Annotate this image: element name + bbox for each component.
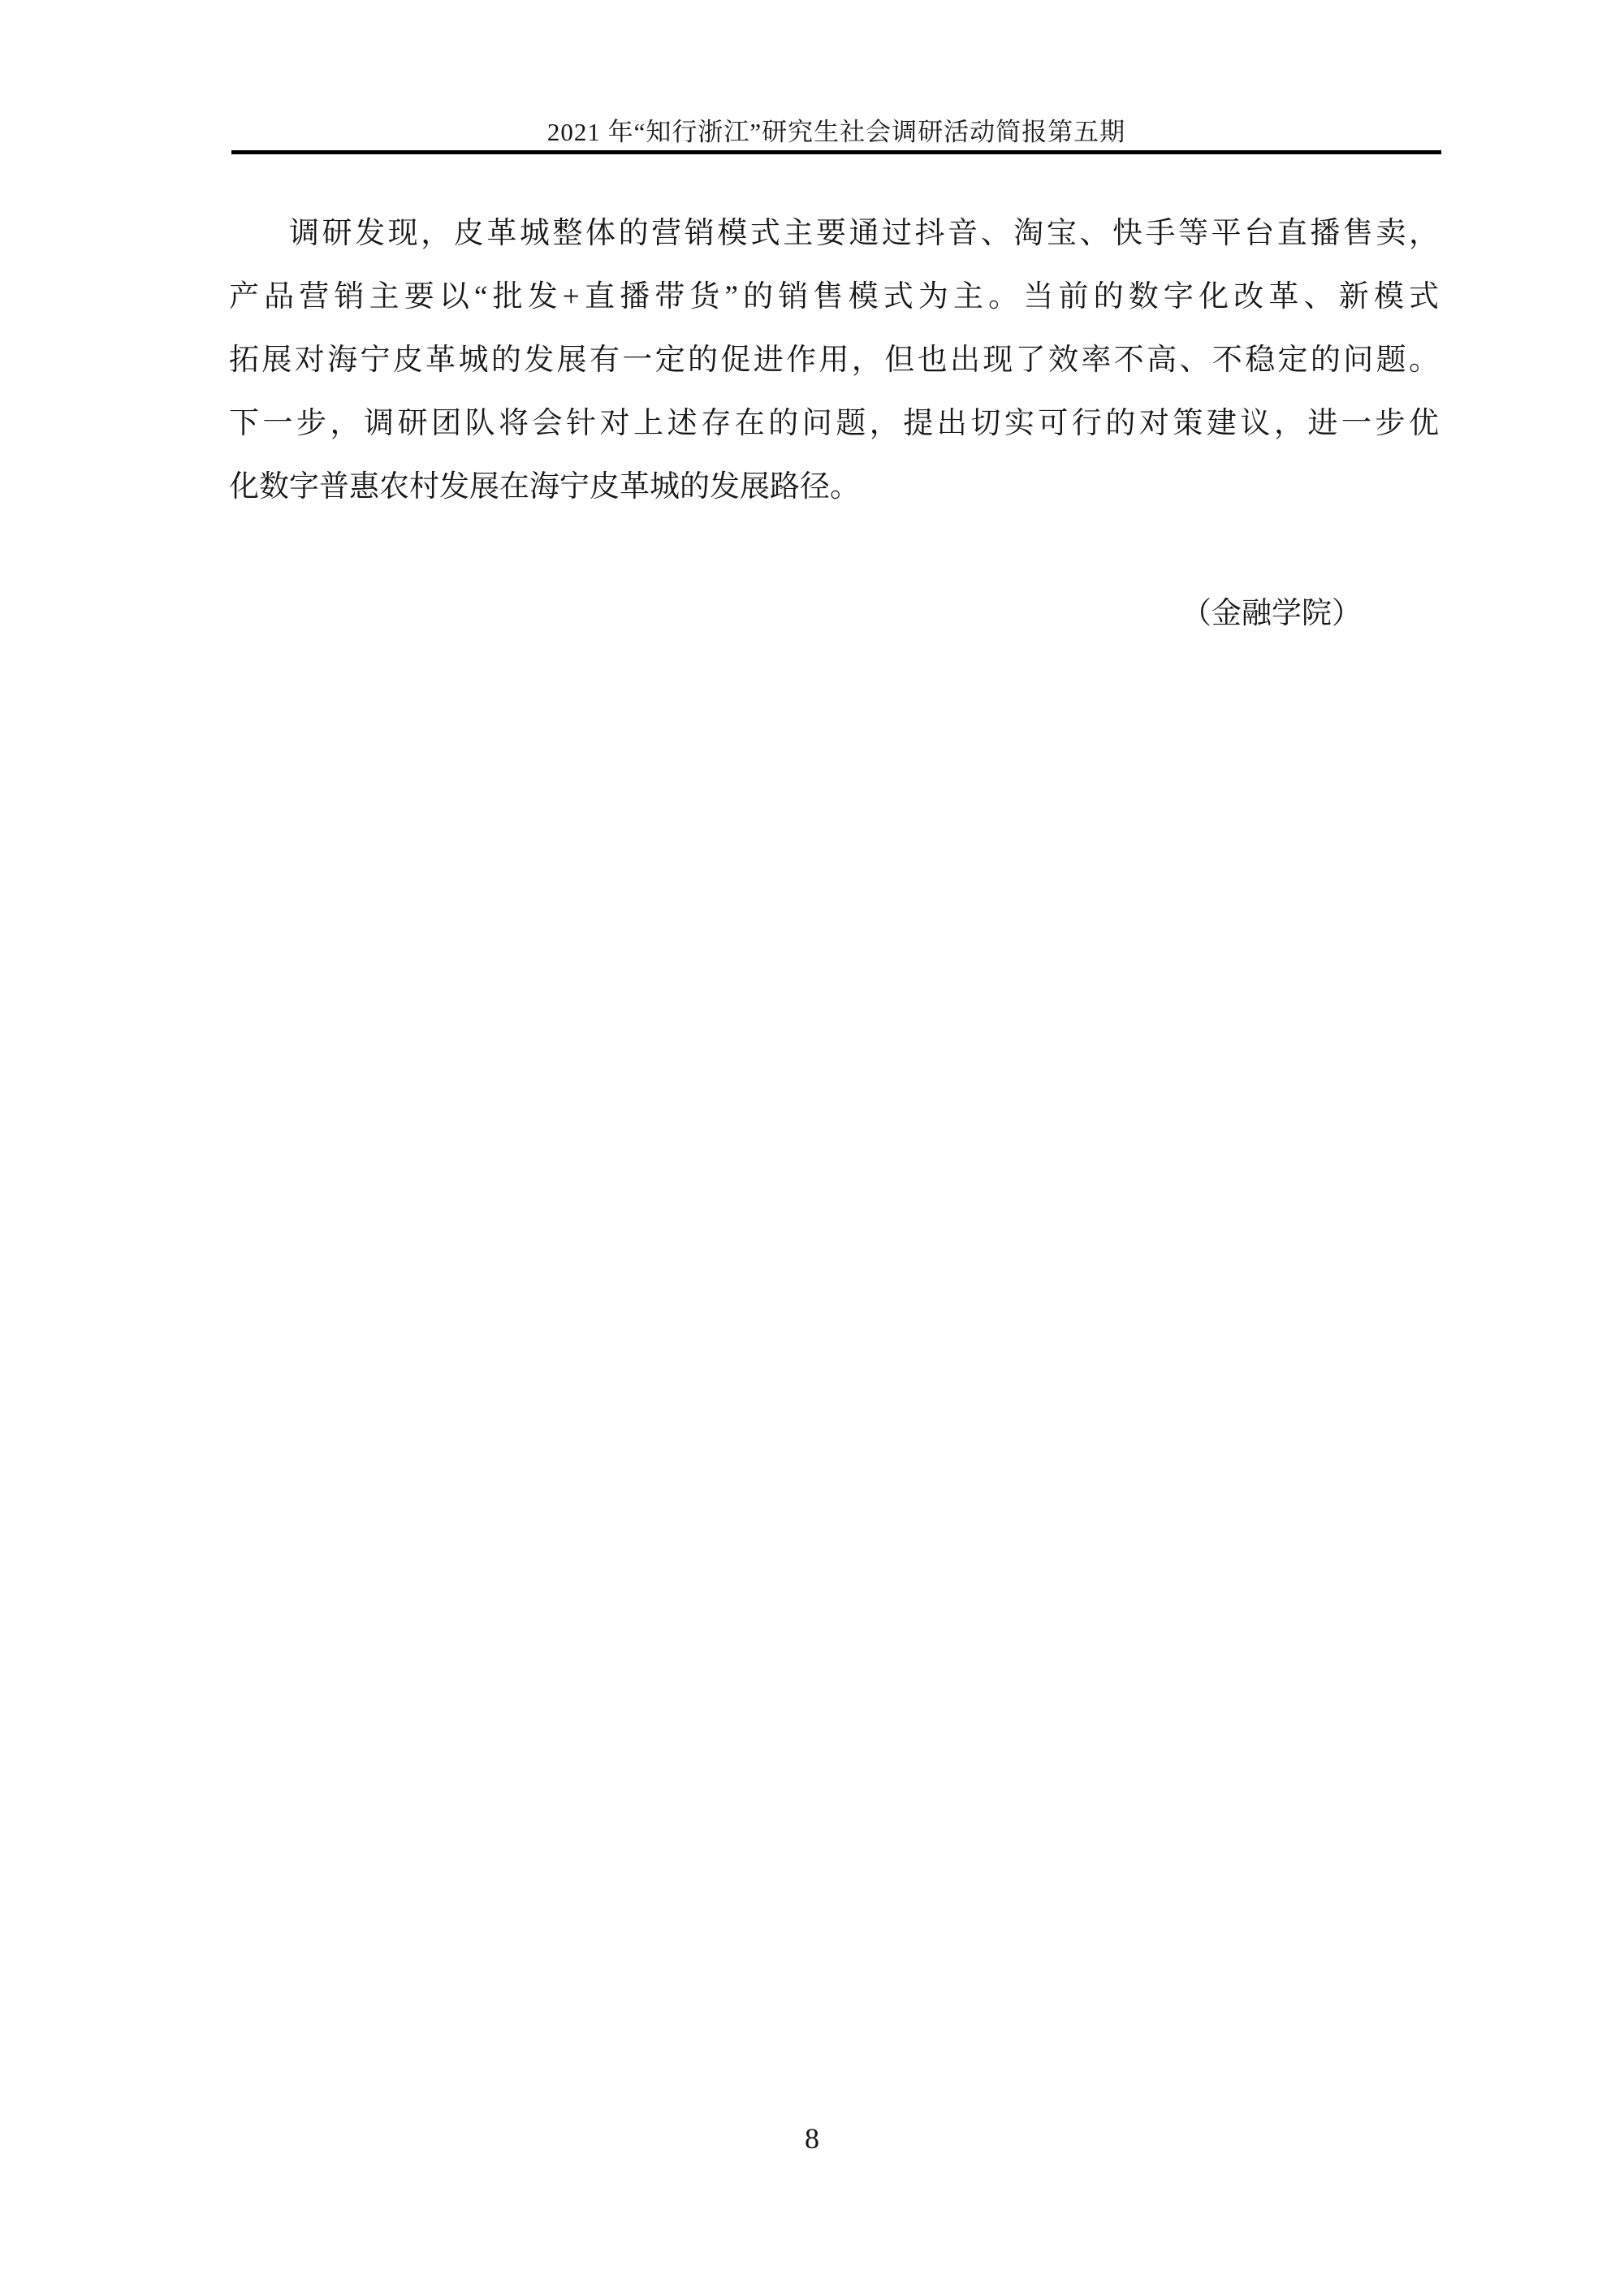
paragraph-line: 拓展对海宁皮革城的发展有一定的促进作用，但也出现了效率不高、不稳定的问题。: [229, 329, 1439, 392]
header-rule: [231, 150, 1441, 154]
page-number: 8: [0, 2121, 1624, 2155]
paragraph-line: 下一步，调研团队将会针对上述存在的问题，提出切实可行的对策建议，进一步优: [229, 392, 1439, 456]
attribution: （金融学院）: [229, 582, 1439, 646]
paragraph-line: 调研发现，皮革城整体的营销模式主要通过抖音、淘宝、快手等平台直播售卖，: [229, 202, 1439, 266]
document-page: { "header": { "title": "2021 年“知行浙江”研究生社…: [0, 0, 1624, 2296]
paragraph-line: 化数字普惠农村发展在海宁皮革城的发展路径。: [229, 456, 1439, 519]
body-paragraph: 调研发现，皮革城整体的营销模式主要通过抖音、淘宝、快手等平台直播售卖， 产品营销…: [229, 202, 1439, 646]
header-title: 2021 年“知行浙江”研究生社会调研活动简报第五期: [231, 111, 1441, 148]
page: 2021 年“知行浙江”研究生社会调研活动简报第五期 调研发现，皮革城整体的营销…: [0, 0, 1624, 2296]
paragraph-line: 产品营销主要以“批发+直播带货”的销售模式为主。当前的数字化改革、新模式: [229, 266, 1439, 329]
